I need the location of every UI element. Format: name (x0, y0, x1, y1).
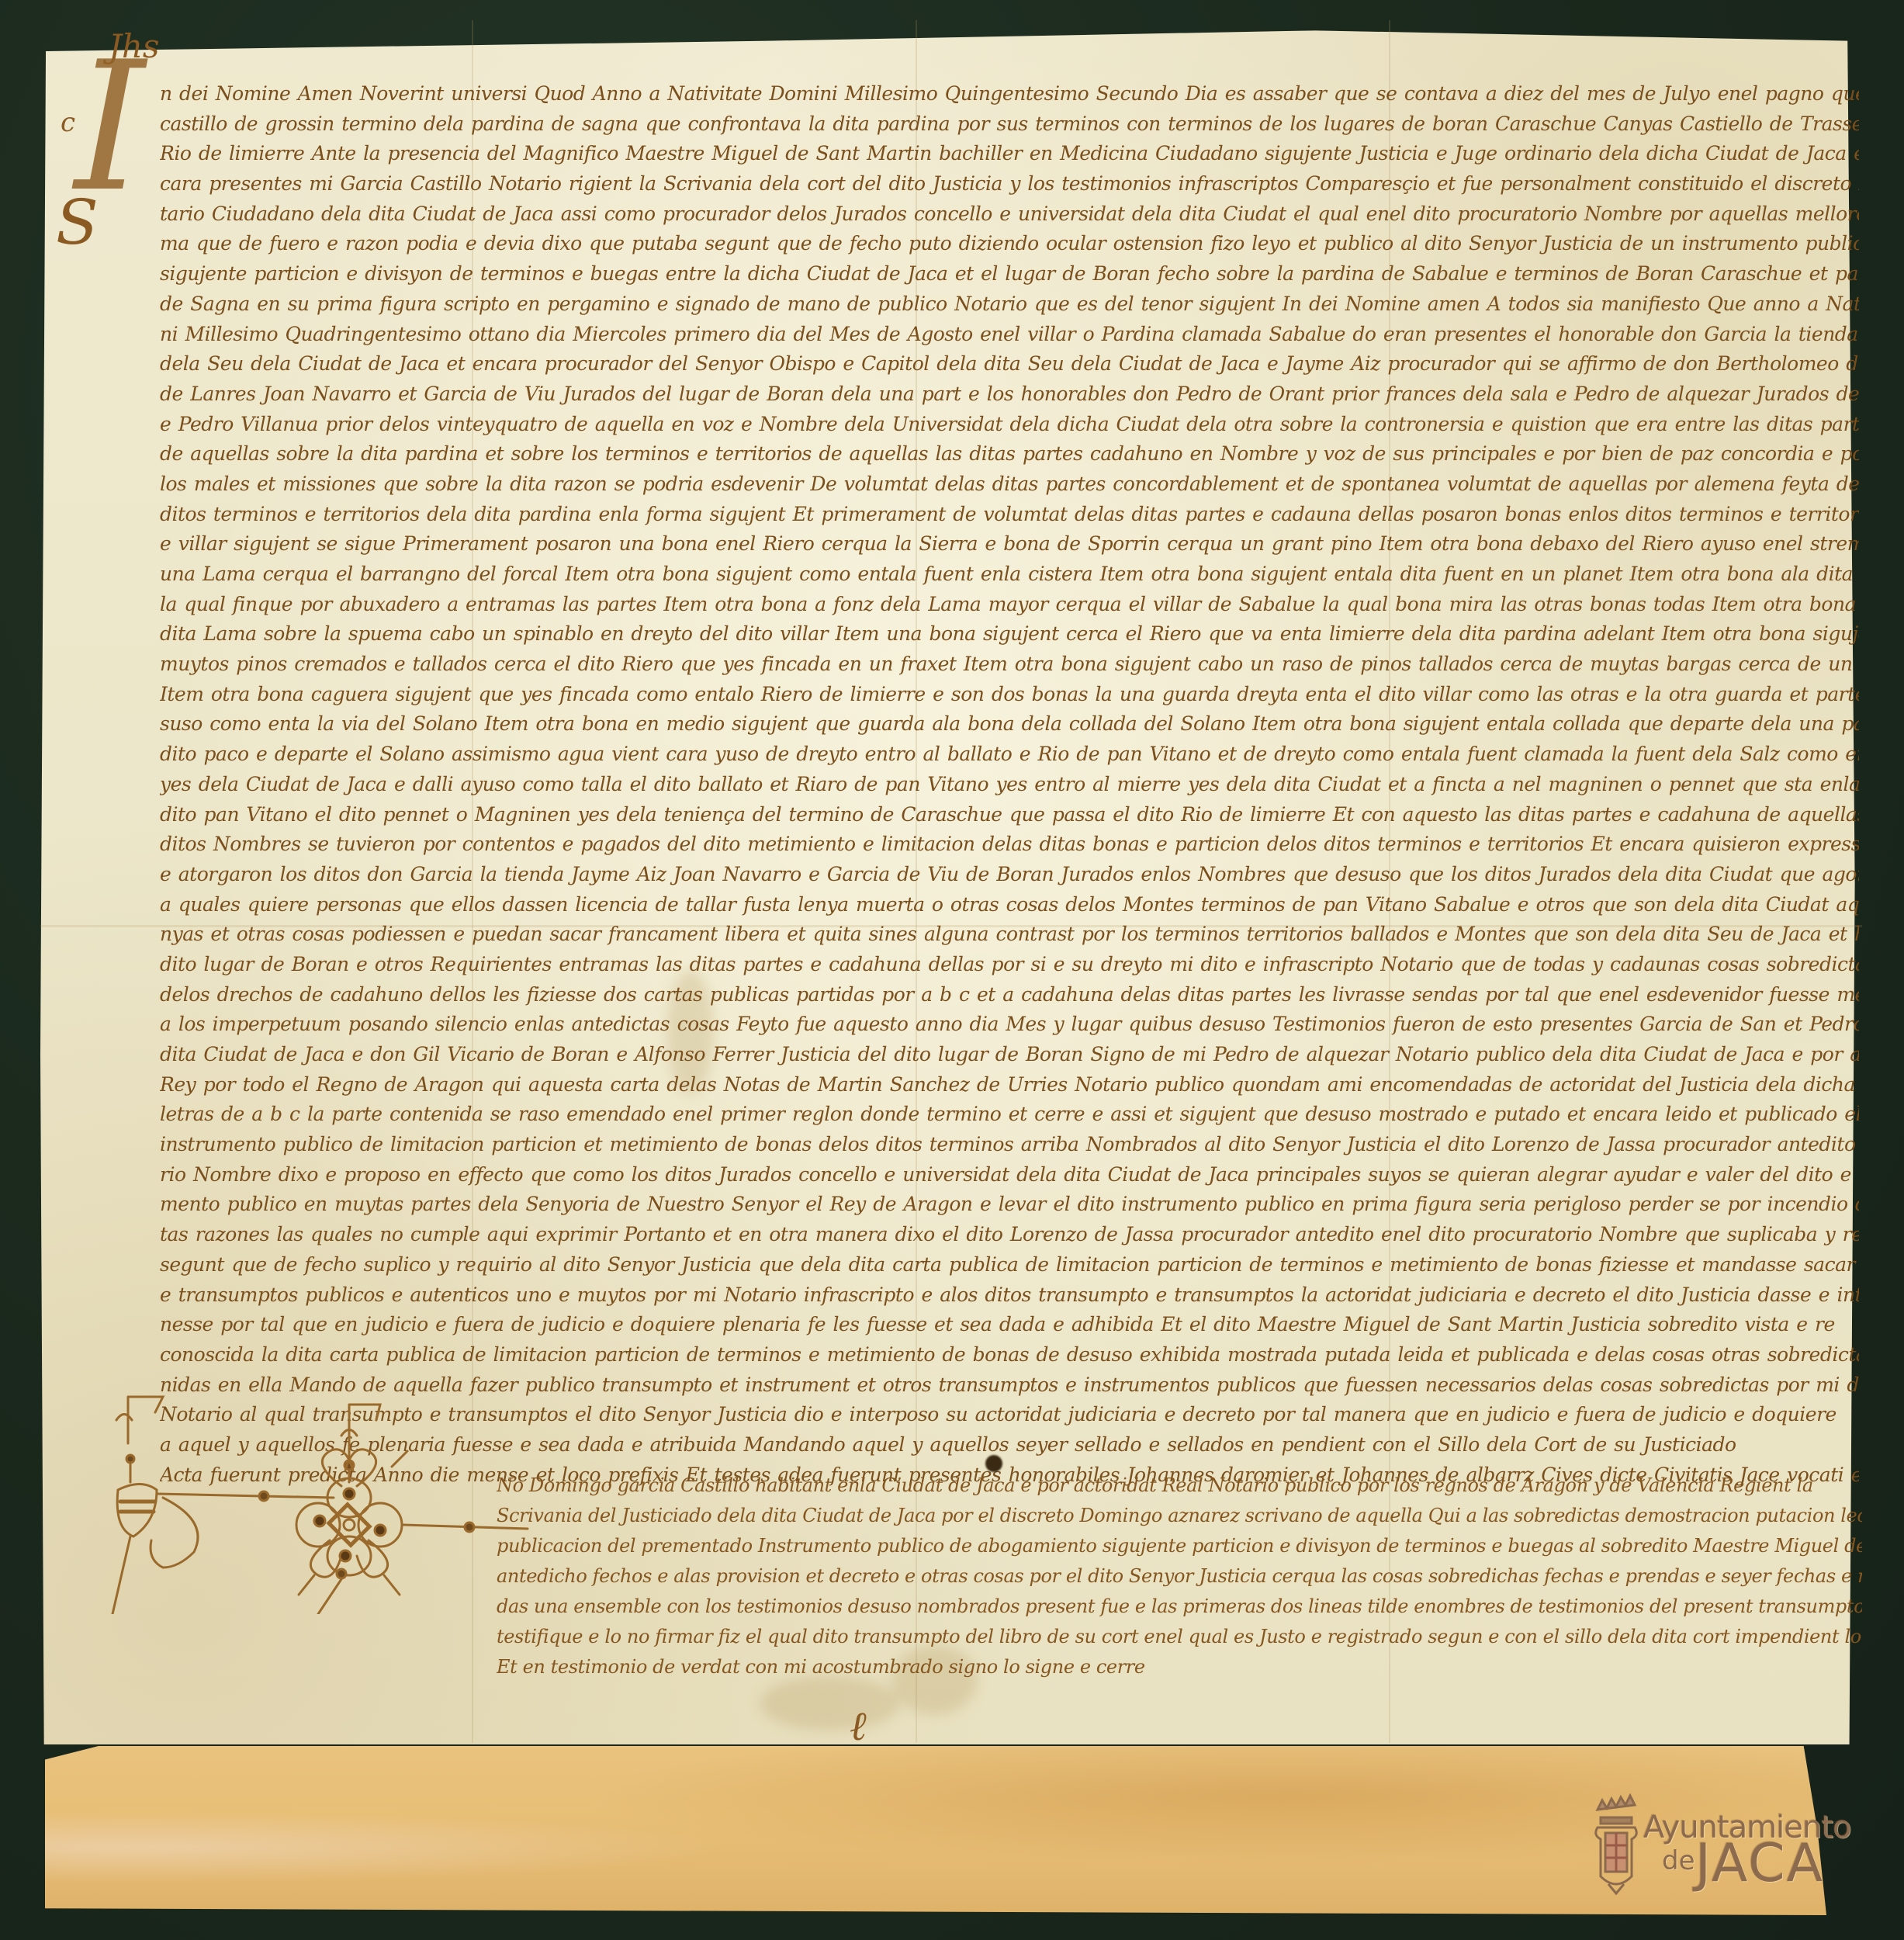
body-line: muytos pinos cremados e tallados cerca e… (160, 650, 1859, 680)
body-line: de Sagna en su prima figura scripto en p… (160, 289, 1859, 320)
body-line: Rio de limierre Ante la presencia del Ma… (160, 139, 1859, 169)
body-line: rio Nombre dixo e proposo en effecto que… (160, 1160, 1859, 1190)
document-body-text: n dei Nomine Amen Noverint universi Quod… (160, 79, 1859, 1490)
body-line: dito paco e departe el Solano assimismo … (160, 740, 1859, 770)
notary-signum-icon (109, 1366, 543, 1614)
archive-stamp-label: de (1662, 1845, 1695, 1876)
body-line: sigujente particion e divisyon de termin… (160, 259, 1859, 289)
body-line: e Pedro Villanua prior delos vinteyquatr… (160, 410, 1859, 440)
body-line: e villar sigujent se sigue Primerament p… (160, 529, 1859, 559)
subscription-line: antedicho fechos e alas provision et dec… (497, 1561, 1862, 1592)
body-line: una Lama cerqua el barrangno del forcal … (160, 559, 1859, 590)
archive-stamp-label: JACA (1695, 1833, 1824, 1894)
body-line: n dei Nomine Amen Noverint universi Quod… (160, 79, 1859, 109)
body-line: a quales quiere personas que ellos dasse… (160, 890, 1859, 920)
body-line: ditos Nombres se tuvieron por contentos … (160, 830, 1859, 860)
body-line: ma que de fuero e razon podia e devia di… (160, 229, 1859, 259)
body-line: de aquellas sobre la dita pardina et sob… (160, 439, 1859, 469)
body-line: tas razones las quales no cumple aqui ex… (160, 1220, 1859, 1250)
body-line: segunt que de fecho suplico y requirio a… (160, 1250, 1859, 1280)
body-line: nesse por tal que en judicio e fuera de … (160, 1310, 1859, 1340)
body-line: dito pan Vitano el dito pennet o Magnine… (160, 800, 1859, 830)
body-line: e atorgaron los ditos don Garcia la tien… (160, 860, 1859, 890)
body-line: dita Lama sobre la spuema cabo un spinab… (160, 619, 1859, 650)
subscription-line: No Domingo garcia Castillo habitant enla… (497, 1471, 1862, 1501)
body-line: suso como enta la via del Solano Item ot… (160, 709, 1859, 740)
body-line: cara presentes mi Garcia Castillo Notari… (160, 169, 1859, 199)
subscription-line: Scrivania del Justiciado dela dita Ciuda… (497, 1501, 1862, 1531)
body-line: e transumptos publicos e autenticos uno … (160, 1280, 1859, 1311)
body-line: Rey por todo el Regno de Aragon qui aque… (160, 1070, 1859, 1100)
initial-letter: I (74, 39, 145, 217)
body-line: nyas et otras cosas podiessen e puedan s… (160, 920, 1859, 950)
body-line: mento publico en muytas partes dela Seny… (160, 1190, 1859, 1220)
body-line: tario Ciudadano dela dita Ciudat de Jaca… (160, 199, 1859, 230)
subscription-line: testifique e lo no firmar fiz el qual di… (497, 1622, 1862, 1652)
closing-flourish: ℓ (850, 1703, 867, 1750)
body-line: los males et missiones que sobre la dita… (160, 469, 1859, 500)
body-line: castillo de grossin termino dela pardina… (160, 109, 1859, 140)
leather-fold-strip (45, 1746, 1826, 1915)
body-line: letras de a b c la parte contenida se ra… (160, 1100, 1859, 1130)
body-line: instrumento publico de limitacion partic… (160, 1130, 1859, 1160)
body-line: yes dela Ciudat de Jaca e dalli ayuso co… (160, 770, 1859, 800)
body-line: de Lanres Joan Navarro et Garcia de Viu … (160, 379, 1859, 410)
body-line: Item otra bona caguera sigujent que yes … (160, 680, 1859, 710)
water-stain (760, 1676, 900, 1730)
body-line: dito lugar de Boran e otros Requirientes… (160, 950, 1859, 980)
body-line: delos drechos de cadahuno dellos les fiz… (160, 980, 1859, 1010)
subscription-line: publicacion del prementado Instrumento p… (497, 1531, 1862, 1561)
body-line: dita Ciudat de Jaca e don Gil Vicario de… (160, 1040, 1859, 1070)
subscription-line: Et en testimonio de verdat con mi acostu… (497, 1652, 1862, 1682)
subscription-line: das una ensemble con los testimonios des… (497, 1592, 1862, 1622)
body-line: ditos terminos e territorios dela dita p… (160, 500, 1859, 530)
body-line: la qual finque por abuxadero a entramas … (160, 590, 1859, 620)
notary-subscription: No Domingo garcia Castillo habitant enla… (497, 1471, 1862, 1682)
ink-blot (985, 1455, 1002, 1472)
body-line: dela Seu dela Ciudat de Jaca et encara p… (160, 349, 1859, 379)
body-line: ni Millesimo Quadringentesimo ottano dia… (160, 320, 1859, 350)
body-line: a los imperpetuum posando silencio enlas… (160, 1010, 1859, 1040)
